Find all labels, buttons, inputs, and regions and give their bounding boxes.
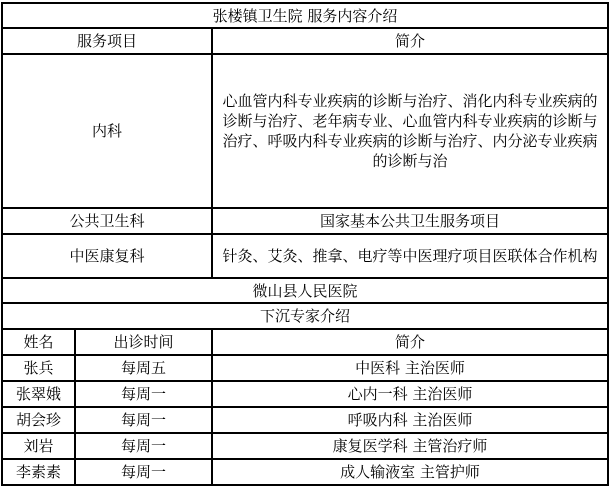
table-row-expert: 张翠娥 每周一 心内一科 主治医师 [2,381,608,407]
expert-intro-cell: 心内一科 主治医师 [212,381,608,407]
expert-header-row: 姓名 出诊时间 简介 [2,329,608,355]
expert-schedule-cell: 每周一 [75,381,212,407]
service-project-cell: 内科 [2,54,212,208]
service-project-cell: 公共卫生科 [2,208,212,234]
expert-name-cell: 李素素 [2,459,75,485]
service-intro-cell: 针灸、艾灸、推拿、电疗等中医理疗项目医联体合作机构 [212,234,608,278]
column-header-service-intro: 简介 [212,28,608,54]
table-row-tcm-rehab: 中医康复科 针灸、艾灸、推拿、电疗等中医理疗项目医联体合作机构 [2,234,608,278]
health-center-title: 张楼镇卫生院 服务内容介绍 [2,3,608,28]
expert-name-cell: 张兵 [2,355,75,381]
table-row-public-health: 公共卫生科 国家基本公共卫生服务项目 [2,208,608,234]
expert-name-cell: 张翠娥 [2,381,75,407]
expert-name-cell: 刘岩 [2,433,75,459]
expert-intro-cell: 成人输液室 主管护师 [212,459,608,485]
expert-schedule-cell: 每周五 [75,355,212,381]
hospital-subtitle-row: 下沉专家介绍 [2,303,608,329]
expert-intro-cell: 中医科 主治医师 [212,355,608,381]
column-header-service-project: 服务项目 [2,28,212,54]
expert-schedule-cell: 每周一 [75,433,212,459]
service-header-row: 服务项目 简介 [2,28,608,54]
table-row-internal-medicine: 内科 心血管内科专业疾病的诊断与治疗、消化内科专业疾病的诊断与治疗、老年病专业、… [2,54,608,208]
hospital-title-row: 微山县人民医院 [2,278,608,303]
service-intro-cell: 国家基本公共卫生服务项目 [212,208,608,234]
column-header-schedule: 出诊时间 [75,329,212,355]
expert-name-cell: 胡会珍 [2,407,75,433]
service-project-cell: 中医康复科 [2,234,212,278]
column-header-expert-intro: 简介 [212,329,608,355]
expert-schedule-cell: 每周一 [75,407,212,433]
table-row-expert: 刘岩 每周一 康复医学科 主管治疗师 [2,433,608,459]
column-header-name: 姓名 [2,329,75,355]
hospital-title: 微山县人民医院 [2,278,608,303]
service-intro-cell: 心血管内科专业疾病的诊断与治疗、消化内科专业疾病的诊断与治疗、老年病专业、心血管… [212,54,608,208]
health-center-title-row: 张楼镇卫生院 服务内容介绍 [2,3,608,28]
expert-intro-cell: 康复医学科 主管治疗师 [212,433,608,459]
expert-intro-cell: 呼吸内科 主治医师 [212,407,608,433]
table-row-expert: 张兵 每周五 中医科 主治医师 [2,355,608,381]
expert-schedule-cell: 每周一 [75,459,212,485]
table-row-expert: 胡会珍 每周一 呼吸内科 主治医师 [2,407,608,433]
hospital-subtitle: 下沉专家介绍 [2,303,608,329]
service-content-table: 张楼镇卫生院 服务内容介绍 服务项目 简介 内科 心血管内科专业疾病的诊断与治疗… [1,2,609,486]
table-row-expert: 李素素 每周一 成人输液室 主管护师 [2,459,608,485]
